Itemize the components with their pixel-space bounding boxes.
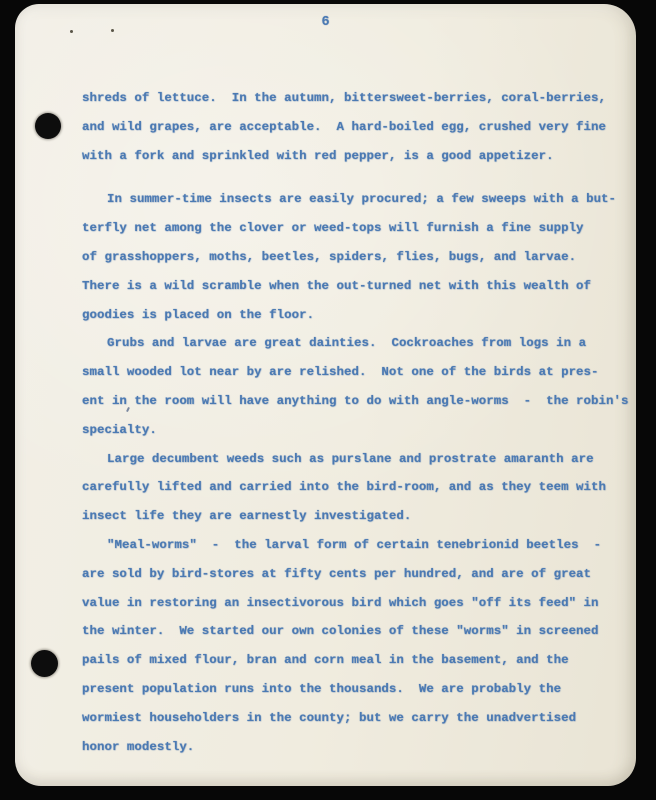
text-line: value in restoring an insectivorous bird… (82, 589, 627, 618)
text-line: of grasshoppers, moths, beetles, spiders… (82, 243, 627, 272)
text-line: shreds of lettuce. In the autumn, bitter… (82, 84, 627, 113)
text-line: present population runs into the thousan… (82, 675, 627, 704)
text-line: and wild grapes, are acceptable. A hard-… (82, 113, 627, 142)
text-line: the winter. We started our own colonies … (82, 617, 627, 646)
text-line: specialty. (82, 416, 627, 445)
hole-punch-top-icon (35, 113, 61, 139)
hole-punch-bottom-icon (31, 650, 58, 677)
text-line: pails of mixed flour, bran and corn meal… (82, 646, 627, 675)
text-line: carefully lifted and carried into the bi… (82, 473, 627, 502)
text-line: goodies is placed on the floor. (82, 301, 627, 330)
text-line: with a fork and sprinkled with red peppe… (82, 142, 627, 171)
paper-speck (70, 30, 73, 33)
text-line: are sold by bird-stores at fifty cents p… (82, 560, 627, 589)
text-line: ent in the room will have anything to do… (82, 387, 627, 416)
page-number: 6 (15, 15, 636, 30)
typescript-body: shreds of lettuce. In the autumn, bitter… (82, 84, 627, 761)
paragraph: "Meal-worms" - the larval form of certai… (82, 531, 627, 761)
paper-sheet: 6 shreds of lettuce. In the autumn, bitt… (15, 4, 636, 786)
text-line: Large decumbent weeds such as purslane a… (82, 445, 627, 474)
text-line: "Meal-worms" - the larval form of certai… (82, 531, 627, 560)
text-line: There is a wild scramble when the out-tu… (82, 272, 627, 301)
scanned-page-background: 6 shreds of lettuce. In the autumn, bitt… (0, 0, 656, 800)
text-line: honor modestly. (82, 733, 627, 762)
paragraph: Large decumbent weeds such as purslane a… (82, 445, 627, 531)
text-line: small wooded lot near by are relished. N… (82, 358, 627, 387)
paragraph: shreds of lettuce. In the autumn, bitter… (82, 84, 627, 170)
text-line: In summer-time insects are easily procur… (82, 185, 627, 214)
text-line: wormiest householders in the county; but… (82, 704, 627, 733)
text-line: Grubs and larvae are great dainties. Coc… (82, 329, 627, 358)
paper-speck (111, 29, 114, 32)
text-line: insect life they are earnestly investiga… (82, 502, 627, 531)
text-line: terfly net among the clover or weed-tops… (82, 214, 627, 243)
paragraph: Grubs and larvae are great dainties. Coc… (82, 329, 627, 444)
paragraph: In summer-time insects are easily procur… (82, 185, 627, 329)
